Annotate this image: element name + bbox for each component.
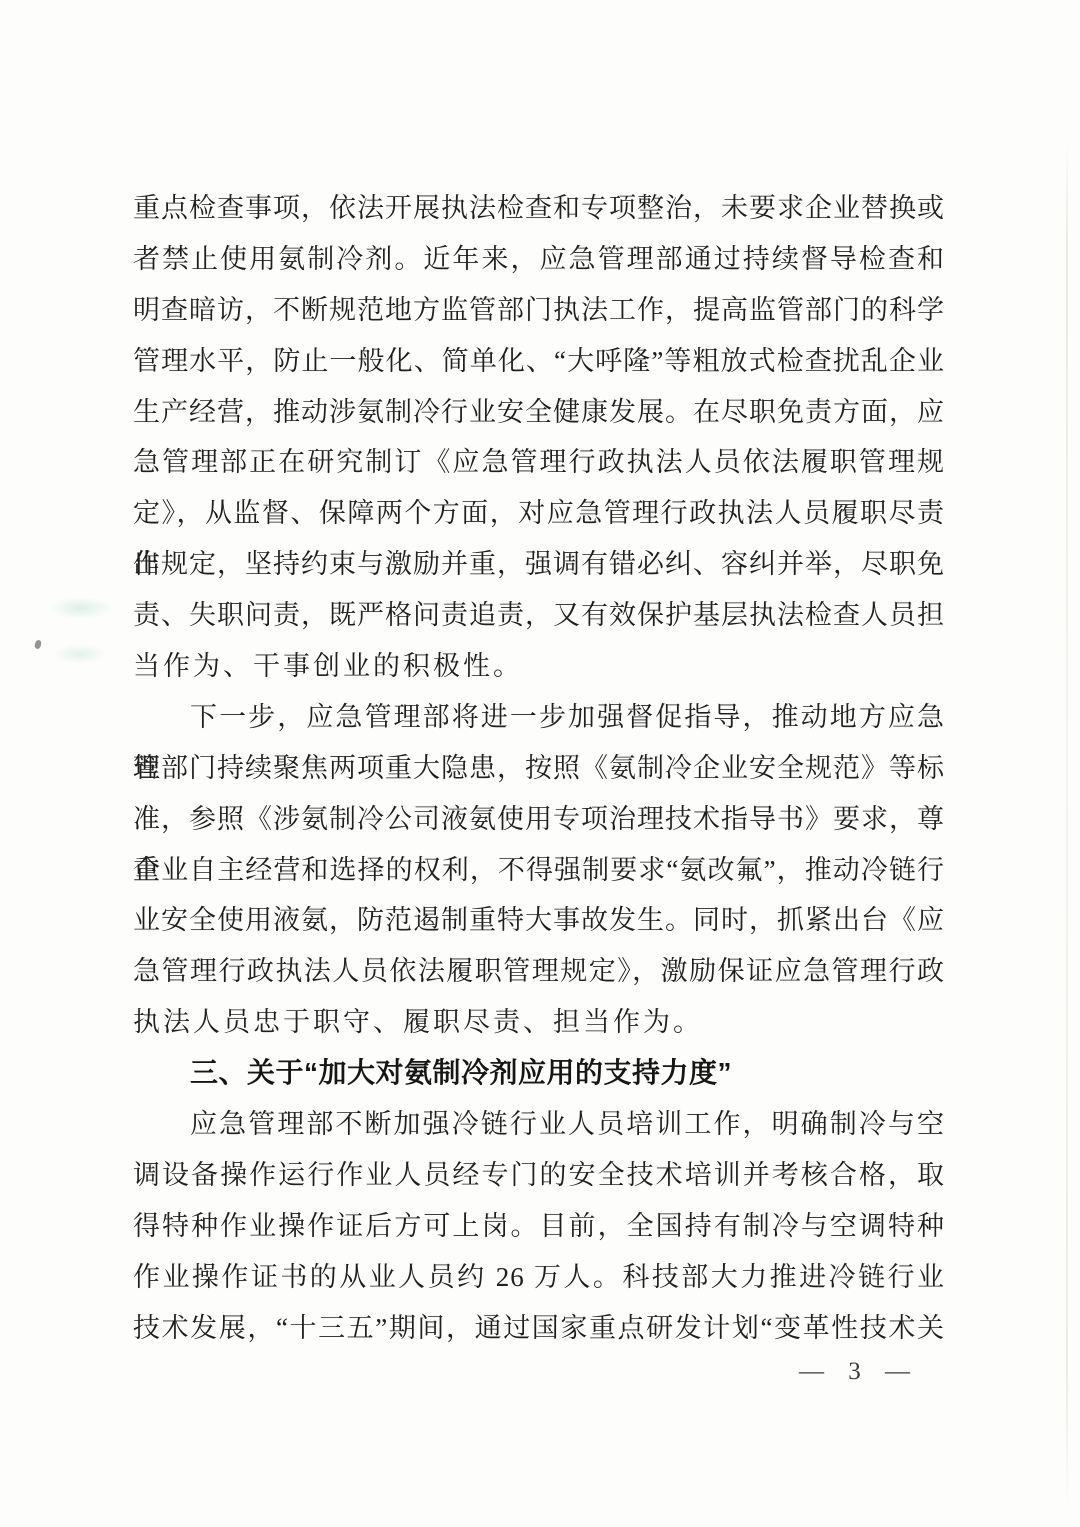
text-line: 管理水平，防止一般化、简单化、“大呼隆”等粗放式检查扰乱企业 (133, 336, 945, 387)
text-line: 应急管理部不断加强冷链行业人员培训工作，明确制冷与空 (133, 1099, 945, 1150)
text-line: 重点检查事项，依法开展执法检查和专项整治，未要求企业替换或 (133, 183, 945, 234)
text-line: 得特种作业操作证后方可上岗。目前，全国持有制冷与空调特种 (133, 1201, 945, 1252)
text-line: 生产经营，推动涉氨制冷行业安全健康发展。在尽职免责方面，应 (133, 387, 945, 438)
scan-smudge (54, 644, 106, 664)
text-line: 当作为、干事创业的积极性。 (133, 641, 945, 692)
text-line: 明查暗访，不断规范地方监管部门执法工作，提高监管部门的科学 (133, 285, 945, 336)
text-line: 技术发展，“十三五”期间，通过国家重点研发计划“变革性技术关 (133, 1303, 945, 1354)
text-line: 者禁止使用氨制冷剂。近年来，应急管理部通过持续督导检查和 (133, 234, 945, 285)
text-line: 定》，从监督、保障两个方面，对应急管理行政执法人员履职尽责作 (133, 488, 945, 539)
scan-edge-line (1066, 140, 1068, 1510)
text-line: 急管理部正在研究制订《应急管理行政执法人员依法履职管理规 (133, 437, 945, 488)
scan-speck (34, 639, 42, 649)
document-body: 重点检查事项，依法开展执法检查和专项整治，未要求企业替换或 者禁止使用氨制冷剂。… (133, 183, 945, 1353)
text-line: 执法人员忠于职守、履职尽责、担当作为。 (133, 997, 945, 1048)
text-line: 企业自主经营和选择的权利，不得强制要求“氨改氟”，推动冷链行 (133, 845, 945, 896)
text-line: 调设备操作运行作业人员经专门的安全技术培训并考核合格，取 (133, 1150, 945, 1201)
text-line: 作业操作证书的从业人员约 26 万人。科技部大力推进冷链行业 (133, 1252, 945, 1303)
text-line: 理部门持续聚焦两项重大隐患，按照《氨制冷企业安全规范》等标 (133, 743, 945, 794)
text-line: 急管理行政执法人员依法履职管理规定》，激励保证应急管理行政 (133, 946, 945, 997)
text-line: 出规定，坚持约束与激励并重，强调有错必纠、容纠并举，尽职免 (133, 539, 945, 590)
section-heading: 三、关于“加大对氨制冷剂应用的支持力度” (133, 1048, 945, 1099)
text-line: 业安全使用液氨，防范遏制重特大事故发生。同时，抓紧出台《应 (133, 895, 945, 946)
scan-smudge (50, 597, 112, 619)
text-line: 下一步，应急管理部将进一步加强督促指导，推动地方应急管 (133, 692, 945, 743)
text-line: 责、失职问责，既严格问责追责，又有效保护基层执法检查人员担 (133, 590, 945, 641)
page-number: — 3 — (799, 1358, 919, 1386)
document-page: 重点检查事项，依法开展执法检查和专项整治，未要求企业替换或 者禁止使用氨制冷剂。… (0, 0, 1080, 1527)
text-line: 准，参照《涉氨制冷公司液氨使用专项治理技术指导书》要求，尊重 (133, 794, 945, 845)
